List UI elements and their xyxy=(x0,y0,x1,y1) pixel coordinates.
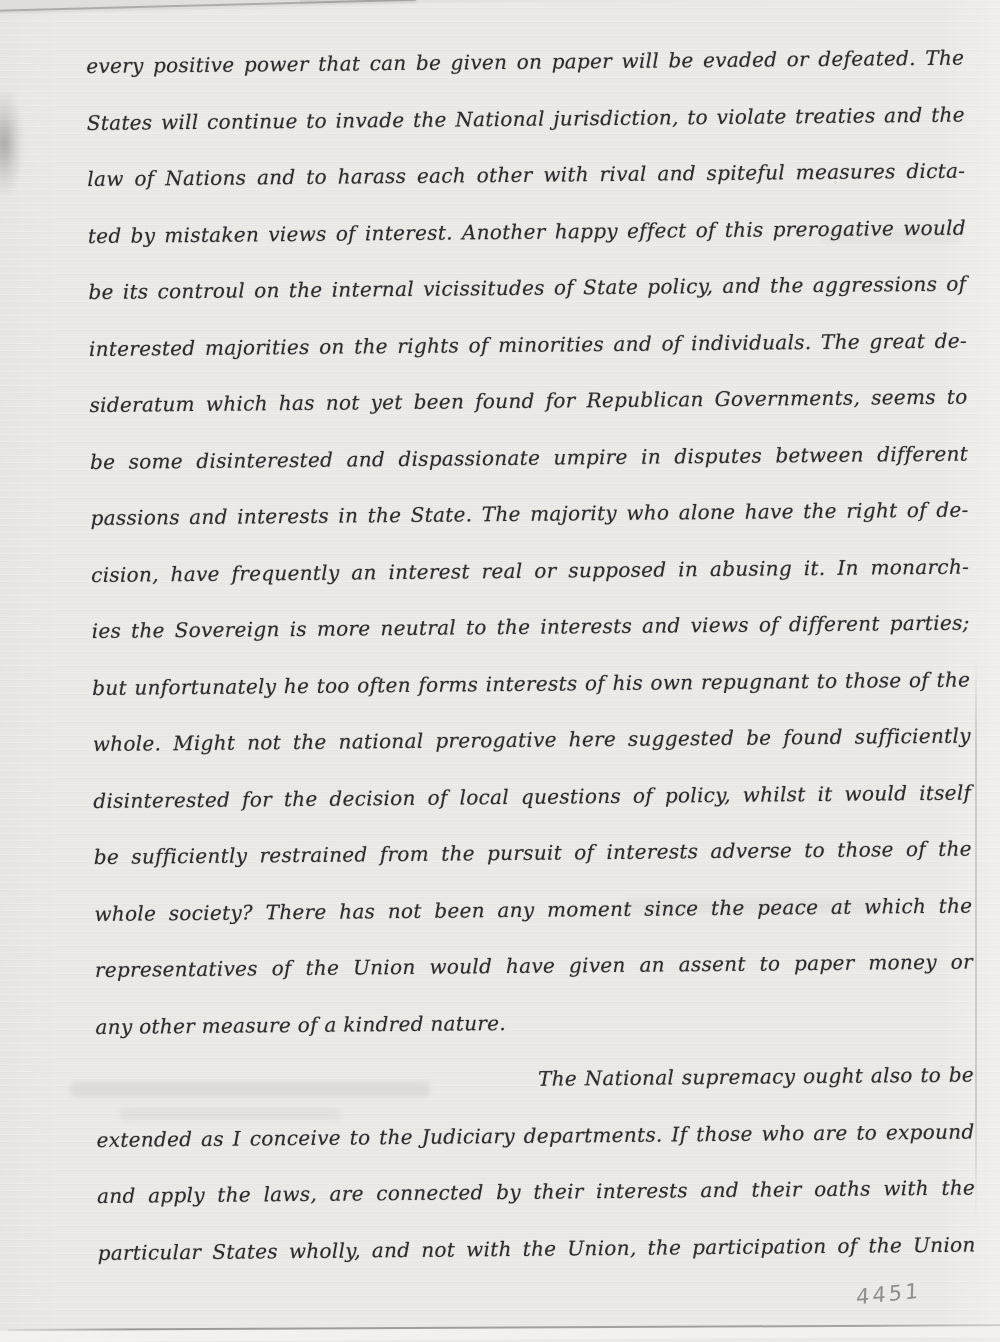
manuscript-line: be some disinterested and dispassionate … xyxy=(90,425,969,490)
manuscript-line: ies the Sovereign is more neutral to the… xyxy=(91,595,970,660)
manuscript-line: and apply the laws, are connected by the… xyxy=(97,1160,976,1225)
manuscript-line: States will continue to invade the Natio… xyxy=(87,86,966,151)
manuscript-line: representatives of the Union would have … xyxy=(95,934,974,999)
manuscript-line: The National supremacy ought also to be xyxy=(96,1047,975,1112)
manuscript-line: interested majorities on the rights of m… xyxy=(89,312,968,377)
manuscript-line: be its controul on the internal vicissit… xyxy=(88,256,967,321)
archival-page-number: 4451 xyxy=(856,1278,922,1309)
manuscript-line: cision, have frequently an interest real… xyxy=(91,538,970,603)
manuscript-line: passions and interests in the State. The… xyxy=(90,482,969,547)
manuscript-line: particular States wholly, and not with t… xyxy=(97,1216,976,1281)
manuscript-line: be sufficiently restrained from the purs… xyxy=(94,821,973,886)
manuscript-text: every positive power that can be given o… xyxy=(86,30,976,1281)
manuscript-line: whole society? There has not been any mo… xyxy=(94,877,973,942)
paper-top-edge-shadow xyxy=(300,0,1000,5)
manuscript-line: sideratum which has not yet been found f… xyxy=(89,369,968,434)
ink-smudge xyxy=(0,88,24,198)
manuscript-line: any other measure of a kindred nature. xyxy=(95,990,974,1055)
manuscript-line: extended as I conceive to the Judiciary … xyxy=(96,1103,975,1168)
manuscript-page: every positive power that can be given o… xyxy=(0,0,1000,1342)
manuscript-line: every positive power that can be given o… xyxy=(86,30,965,95)
manuscript-line: disinterested for the decision of local … xyxy=(93,764,972,829)
manuscript-line: but unfortunately he too often forms int… xyxy=(92,651,971,716)
manuscript-line: law of Nations and to harass each other … xyxy=(87,143,966,208)
manuscript-line: ted by mistaken views of interest. Anoth… xyxy=(88,199,967,264)
paper-crease xyxy=(975,660,977,1220)
manuscript-line: whole. Might not the national prerogativ… xyxy=(93,708,972,773)
